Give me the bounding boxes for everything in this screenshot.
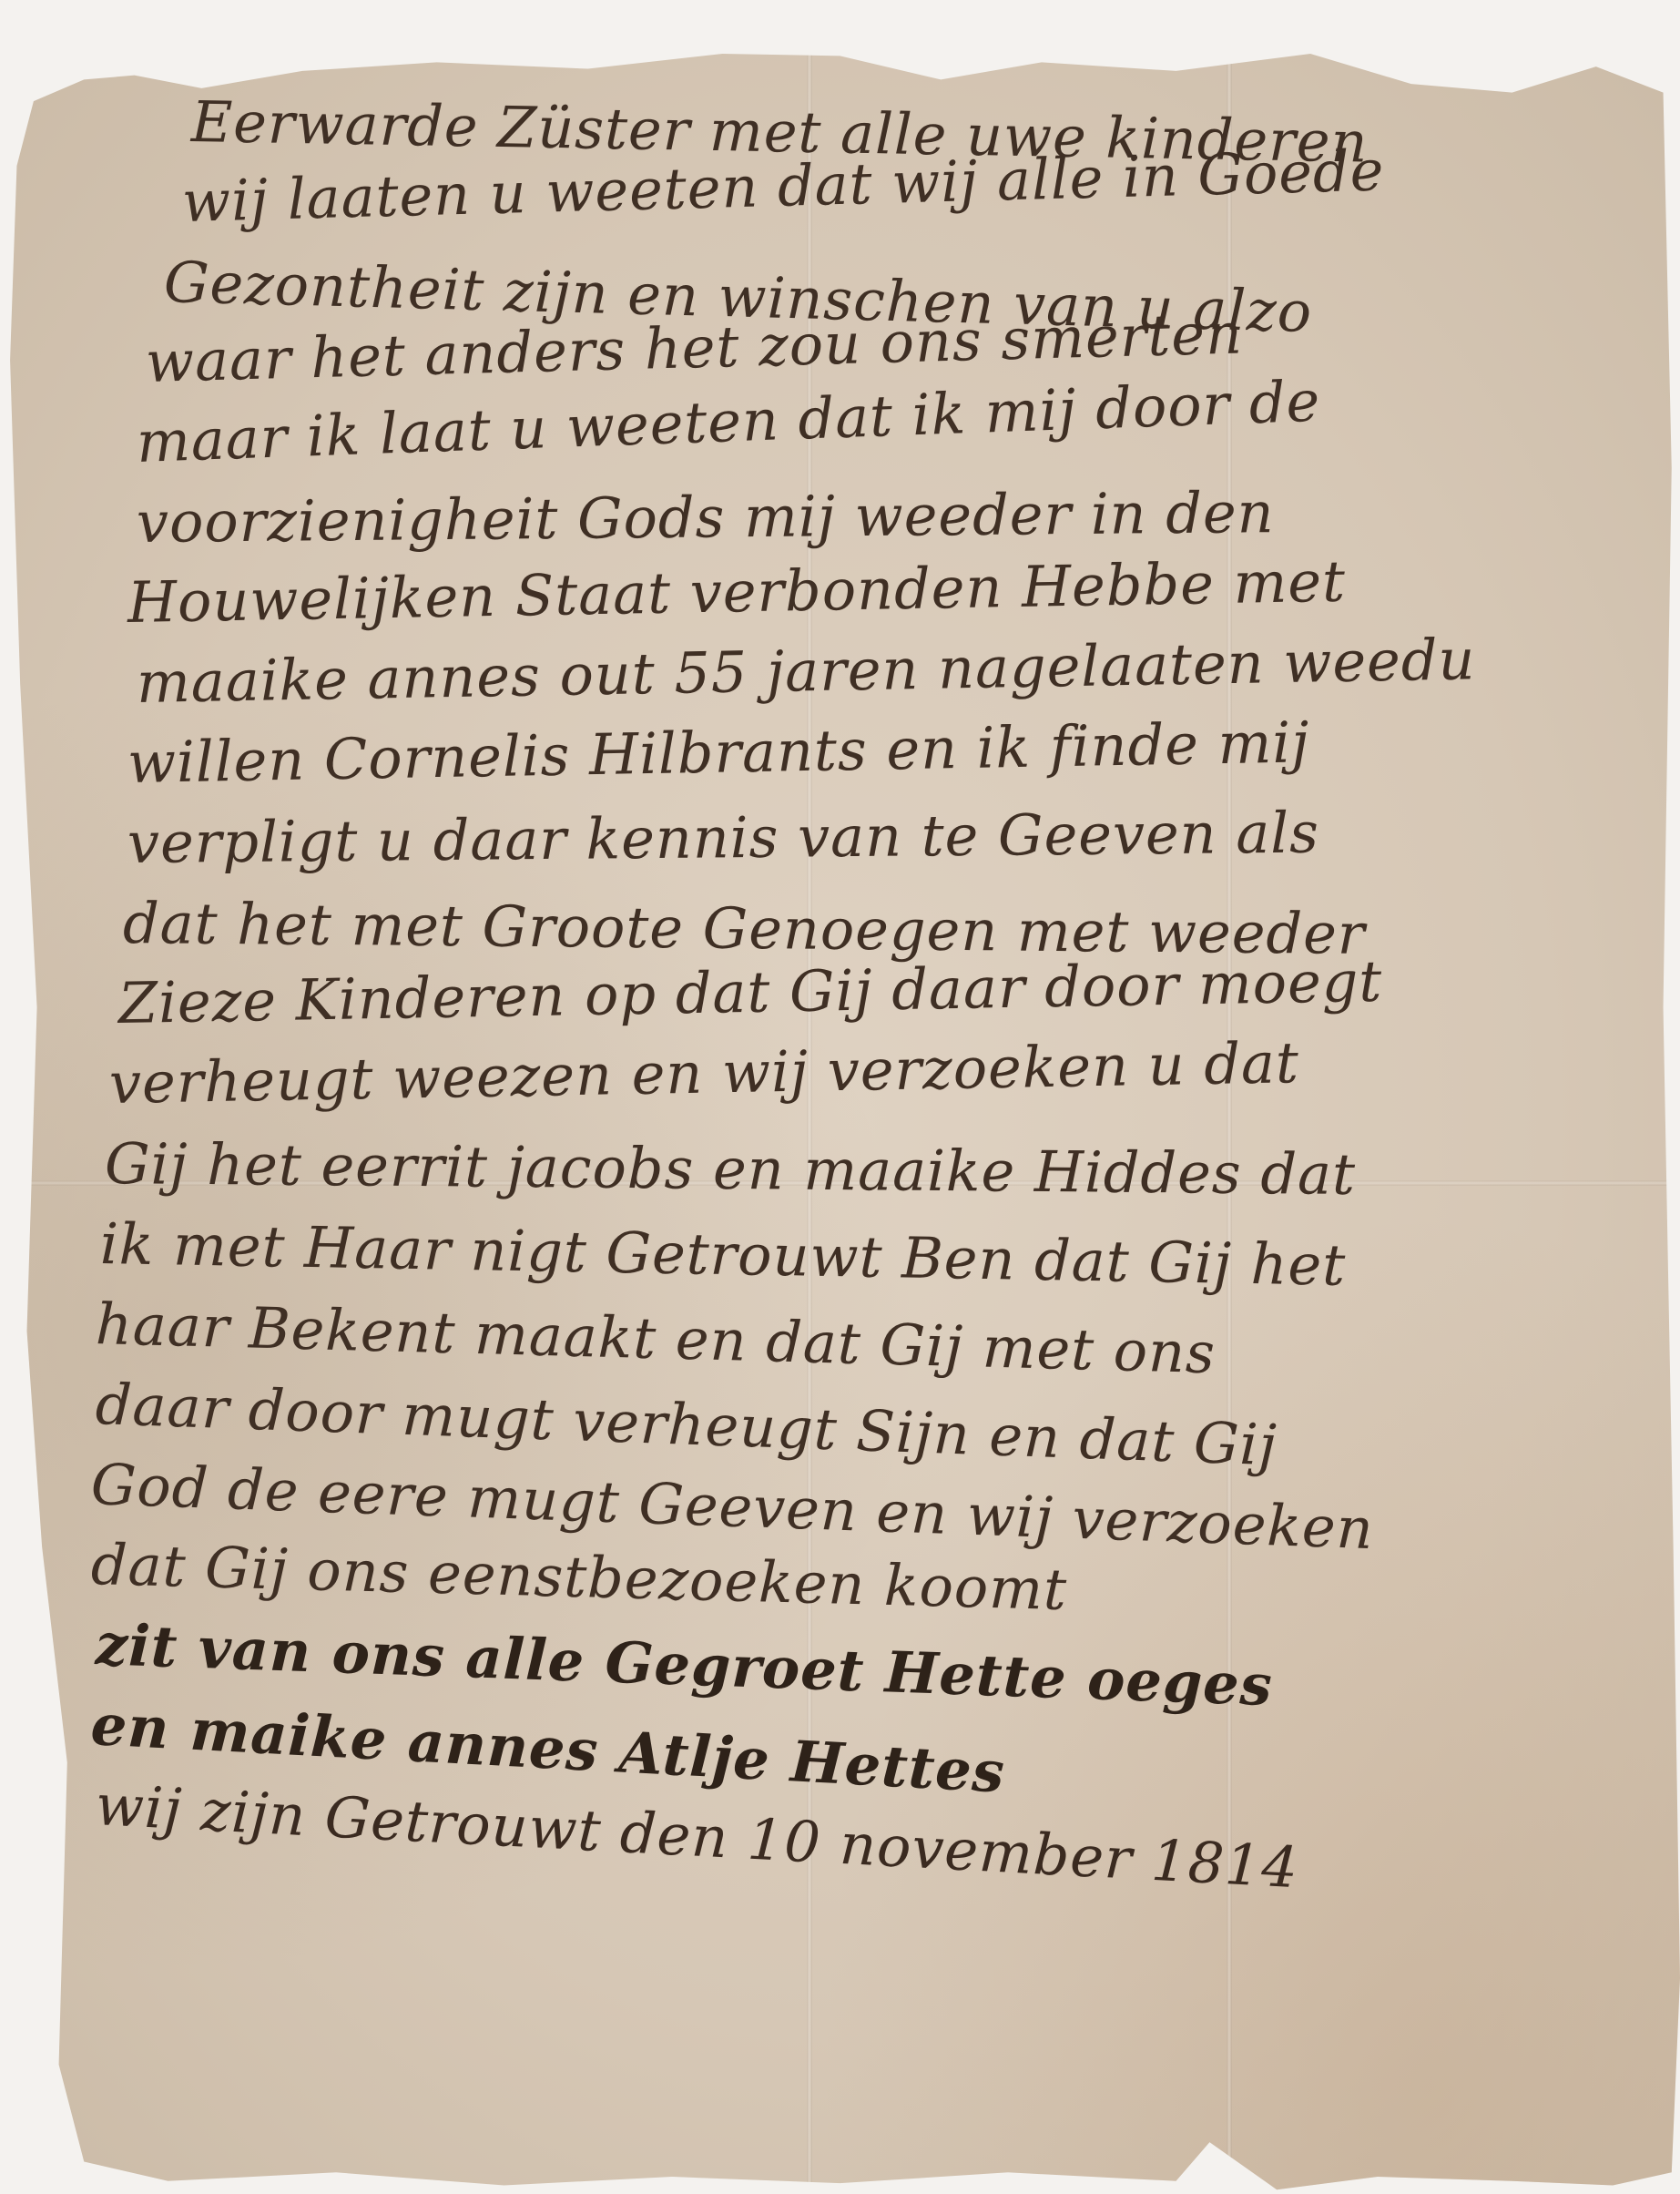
body-line: Gij het eerrit jacobs en maaike Hiddes d…: [105, 1124, 1558, 1217]
letter-text: Eerwarde Züster met alle uwe kinderen wi…: [137, 82, 1557, 1845]
body-line: verpligt u daar kennis van te Geeven als: [127, 791, 1558, 883]
